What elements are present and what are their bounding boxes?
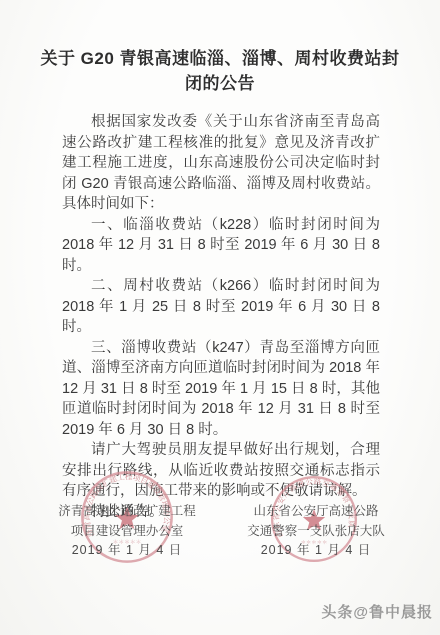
announcement-document: 关于 G20 青银高速临淄、淄博、周村收费站封闭的公告 根据国家发改委《关于山东… (0, 0, 440, 635)
toutiao-watermark: 头条@鲁中晨报 (321, 601, 433, 622)
signature-block-right: 山东省公安厅高速公路 交通警察一支队张店大队 2019 年 1 月 4 日 (228, 502, 404, 561)
signature-section: 济青高速公路改扩建工程项目建设管理办公室 ＊＊＊＊＊ 山东省公安厅高速公路交通警… (0, 468, 440, 588)
signature-date: 2019 年 1 月 4 日 (38, 541, 216, 561)
paragraph-intro: 根据国家发改委《关于山东省济南至青岛高速公路改扩建工程核准的批复》意见及济青改扩… (62, 112, 380, 215)
signature-org-line: 交通警察一支队张店大队 (228, 522, 404, 542)
signature-org-line: 济青高速公路改扩建工程 (38, 502, 216, 522)
closure-item-2: 二、周村收费站（k266）临时封闭时间为 2018 年 1 月 25 日 8 时… (62, 276, 380, 338)
closure-item-3: 三、淄博收费站（k247）青岛至淄博方向匝道、淄博至济南方向匝道临时封闭时间为 … (62, 338, 380, 441)
signature-org-line: 山东省公安厅高速公路 (228, 502, 404, 522)
signature-date: 2019 年 1 月 4 日 (228, 541, 404, 561)
signature-block-left: 济青高速公路改扩建工程 项目建设管理办公室 2019 年 1 月 4 日 (38, 502, 216, 561)
closure-item-1: 一、临淄收费站（k228）临时封闭时间为 2018 年 12 月 31 日 8 … (62, 215, 380, 277)
announcement-body: 根据国家发改委《关于山东省济南至青岛高速公路改扩建工程核准的批复》意见及济青改扩… (62, 112, 380, 522)
announcement-title: 关于 G20 青银高速临淄、淄博、周村收费站封闭的公告 (38, 46, 402, 96)
signature-org-line: 项目建设管理办公室 (38, 522, 216, 542)
